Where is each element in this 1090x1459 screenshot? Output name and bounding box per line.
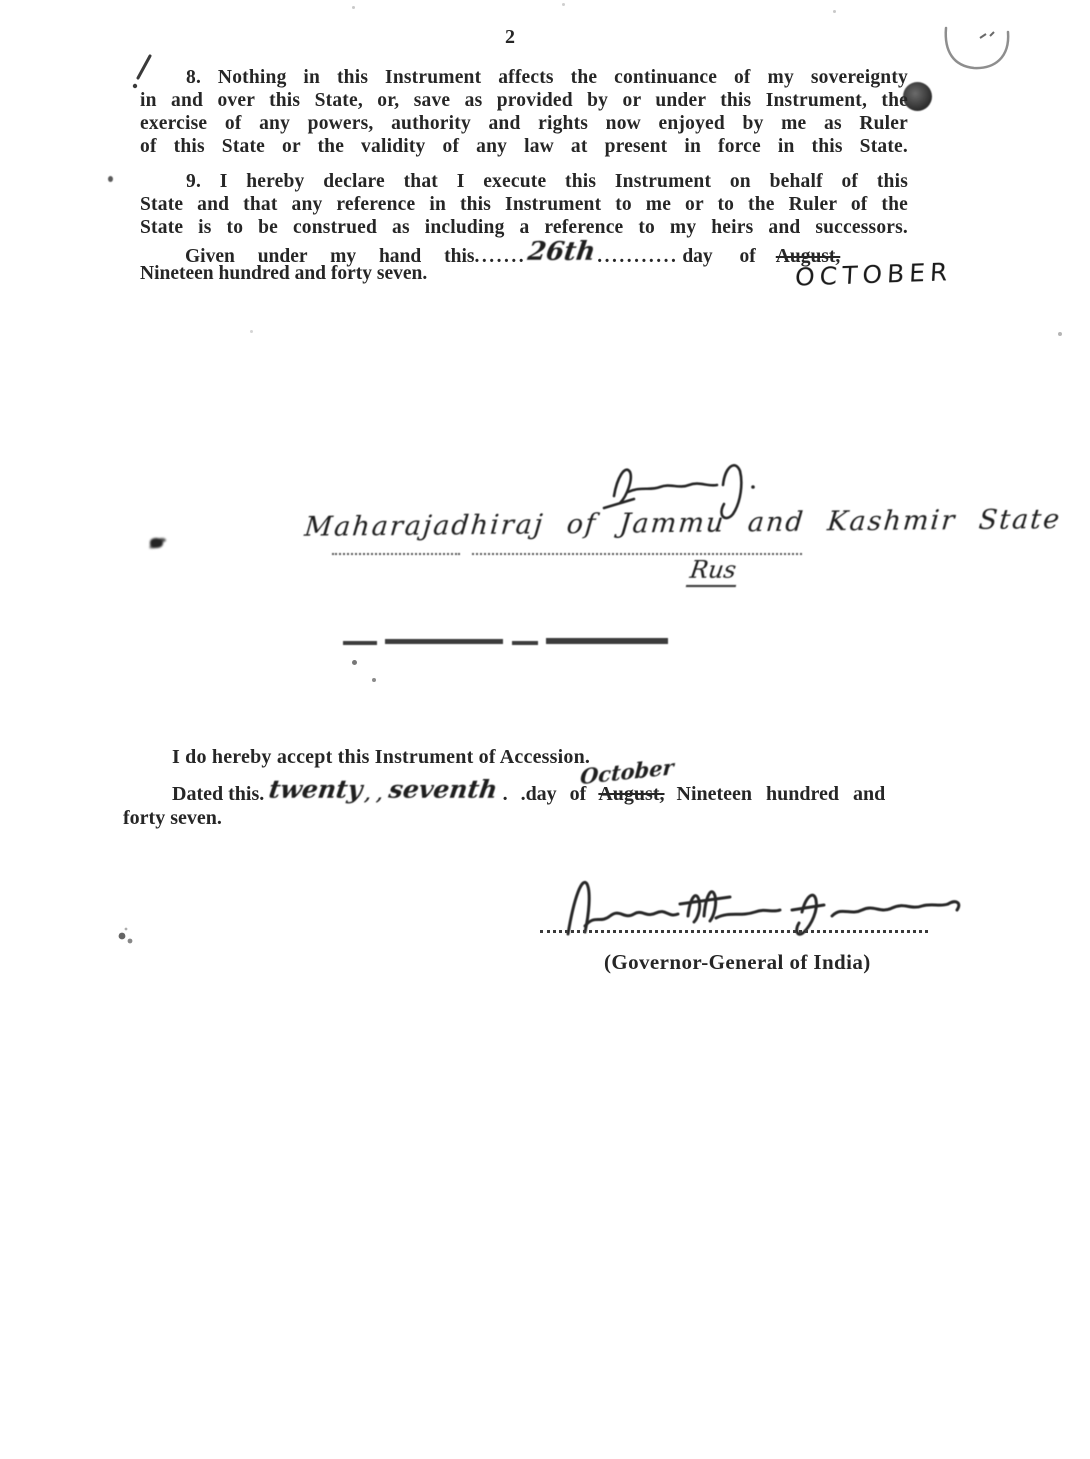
margin-smudge-mark <box>110 924 146 954</box>
signature-dotted-line <box>472 553 802 555</box>
scan-speck <box>352 6 355 9</box>
mountbatten-signature <box>540 864 980 954</box>
paragraph-8-line: 8. Nothing in this Instrument affects th… <box>140 66 908 89</box>
struck-month-august: August, <box>598 783 664 805</box>
paragraph-8-line: exercise of any powers, authority and ri… <box>140 112 908 135</box>
paragraph-9-line: State and that any reference in this Ins… <box>140 193 908 216</box>
paragraph-8-line: in and over this State, or, save as prov… <box>140 89 908 112</box>
dated-mid: . .day of <box>503 783 587 805</box>
paragraph-8: 8. Nothing in this Instrument affects th… <box>140 66 908 158</box>
paragraph-9: 9. I hereby declare that I execute this … <box>140 170 908 239</box>
leader-dots: ........... <box>597 246 678 267</box>
handwritten-separator: , , <box>364 785 385 805</box>
month-correction: August,October <box>598 783 664 806</box>
day-of-text: day of <box>682 246 755 267</box>
scan-speck <box>562 3 565 6</box>
signature-dotted-line <box>540 930 928 933</box>
dated-prefix: Dated this. <box>123 783 264 805</box>
scan-speck <box>1058 332 1062 336</box>
paragraph-9-line: State is to be construed as including a … <box>140 216 908 239</box>
handwritten-twenty: twenty <box>267 775 364 804</box>
dated-suffix: Nineteen hundred and <box>677 783 886 805</box>
margin-dot-mark <box>108 176 113 182</box>
scan-speck <box>250 330 253 333</box>
handwritten-day-26th: 26th <box>526 237 597 267</box>
paragraph-9-line: 9. I hereby declare that I execute this … <box>140 170 908 193</box>
margin-star-mark <box>150 538 163 548</box>
scan-speck <box>372 678 376 682</box>
governor-general-title: (Governor-General of India) <box>604 950 871 975</box>
scan-speck <box>352 660 357 665</box>
signature-dotted-line <box>332 553 460 555</box>
maharaja-title-handwriting: Maharajadhiraj of Jammu and Kashmir Stat… <box>303 504 1062 543</box>
punch-curve-mark <box>940 22 1018 80</box>
scanned-document-page: 2 8. Nothing in this Instrument affects … <box>0 0 1090 1459</box>
dated-line2: forty seven. <box>123 807 222 830</box>
leader-dots: ....... <box>474 246 526 267</box>
scan-speck <box>833 10 836 13</box>
handwritten-note: Rus <box>686 556 740 587</box>
dated-line: Dated this.twenty, ,seventh. .day ofAugu… <box>123 777 885 806</box>
handwritten-month-october: OCTOBER <box>794 257 953 292</box>
acceptance-statement: I do hereby accept this Instrument of Ac… <box>172 746 590 769</box>
paragraph-8-line: of this State or the validity of any law… <box>140 135 908 158</box>
execution-clause-line2: Nineteen hundred and forty seven. <box>140 263 427 285</box>
handwritten-seventh: seventh <box>387 775 499 804</box>
page-number: 2 <box>495 26 525 49</box>
